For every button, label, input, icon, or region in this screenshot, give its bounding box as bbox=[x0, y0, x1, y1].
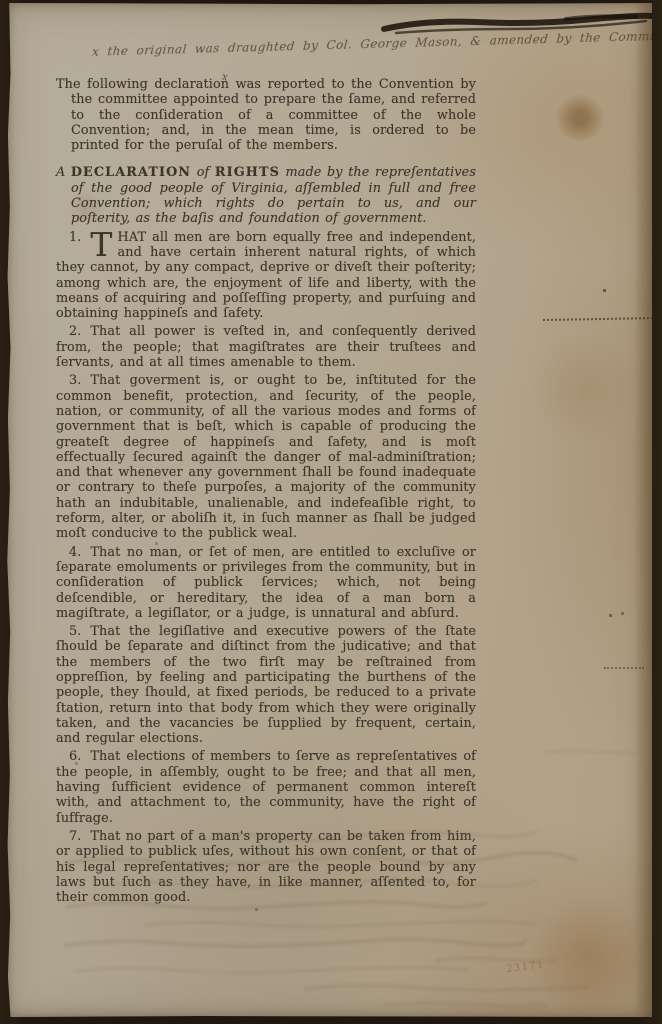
right-margin-stain bbox=[526, 333, 646, 443]
heading-article-a: A bbox=[56, 165, 65, 180]
article-6: 6.That elections of members to ſerve as … bbox=[56, 749, 476, 825]
article-1: 1.THAT all men are born equally free and… bbox=[56, 230, 476, 322]
intro-paragraph: The following declaration was reported t… bbox=[56, 77, 476, 153]
article-2: 2.That all power is veſted in, and conſe… bbox=[56, 324, 476, 370]
article-body: That no part of a man's property can be … bbox=[56, 829, 476, 905]
article-body: That goverment is, or ought to be, inſti… bbox=[56, 373, 476, 541]
article-3: 3.That goverment is, or ought to be, inſ… bbox=[56, 373, 476, 541]
page-right-edge-shadow bbox=[634, 3, 652, 1017]
article-number: 3. bbox=[69, 373, 81, 388]
article-5: 5.That the legiſlative and executive pow… bbox=[56, 624, 476, 746]
article-number: 6. bbox=[69, 749, 81, 764]
article-body: That no man, or ſet of men, are entitled… bbox=[56, 545, 476, 621]
bottom-right-stain bbox=[526, 893, 652, 1017]
article-number: 1. bbox=[56, 230, 81, 245]
dotted-ink-crease-mark bbox=[543, 317, 661, 321]
article-body: That all power is veſted in, and conſequ… bbox=[56, 324, 476, 370]
document-page: x the original was draughted by Col. Geo… bbox=[6, 3, 652, 1017]
article-7: 7.That no part of a man's property can b… bbox=[56, 829, 476, 905]
handwritten-annotation: x the original was draughted by Col. Geo… bbox=[92, 29, 653, 59]
printed-text-block: The following declaration was reported t… bbox=[56, 77, 476, 908]
article-body: That elections of members to ſerve as re… bbox=[56, 749, 476, 825]
bleedthrough-stamp-number: 23171 bbox=[505, 959, 545, 976]
heading-word-of: of bbox=[197, 165, 210, 180]
drop-cap: T bbox=[90, 231, 112, 258]
small-dash-mark bbox=[604, 667, 644, 669]
article-number: 4. bbox=[69, 545, 81, 560]
heading-word-declaration: DECLARATION bbox=[71, 165, 191, 180]
article-4: 4.That no man, or ſet of men, are entitl… bbox=[56, 545, 476, 621]
article-number: 5. bbox=[69, 624, 81, 639]
article-body: HAT all men are born equally free and in… bbox=[56, 230, 476, 321]
article-body: That the legiſlative and executive power… bbox=[56, 624, 476, 746]
article-number: 2. bbox=[69, 324, 81, 339]
ink-stain-spot bbox=[554, 95, 606, 141]
declaration-heading: A DECLARATION of RIGHTS made by the repr… bbox=[56, 165, 476, 226]
article-number: 7. bbox=[69, 829, 81, 844]
heading-word-rights: RIGHTS bbox=[215, 165, 280, 180]
